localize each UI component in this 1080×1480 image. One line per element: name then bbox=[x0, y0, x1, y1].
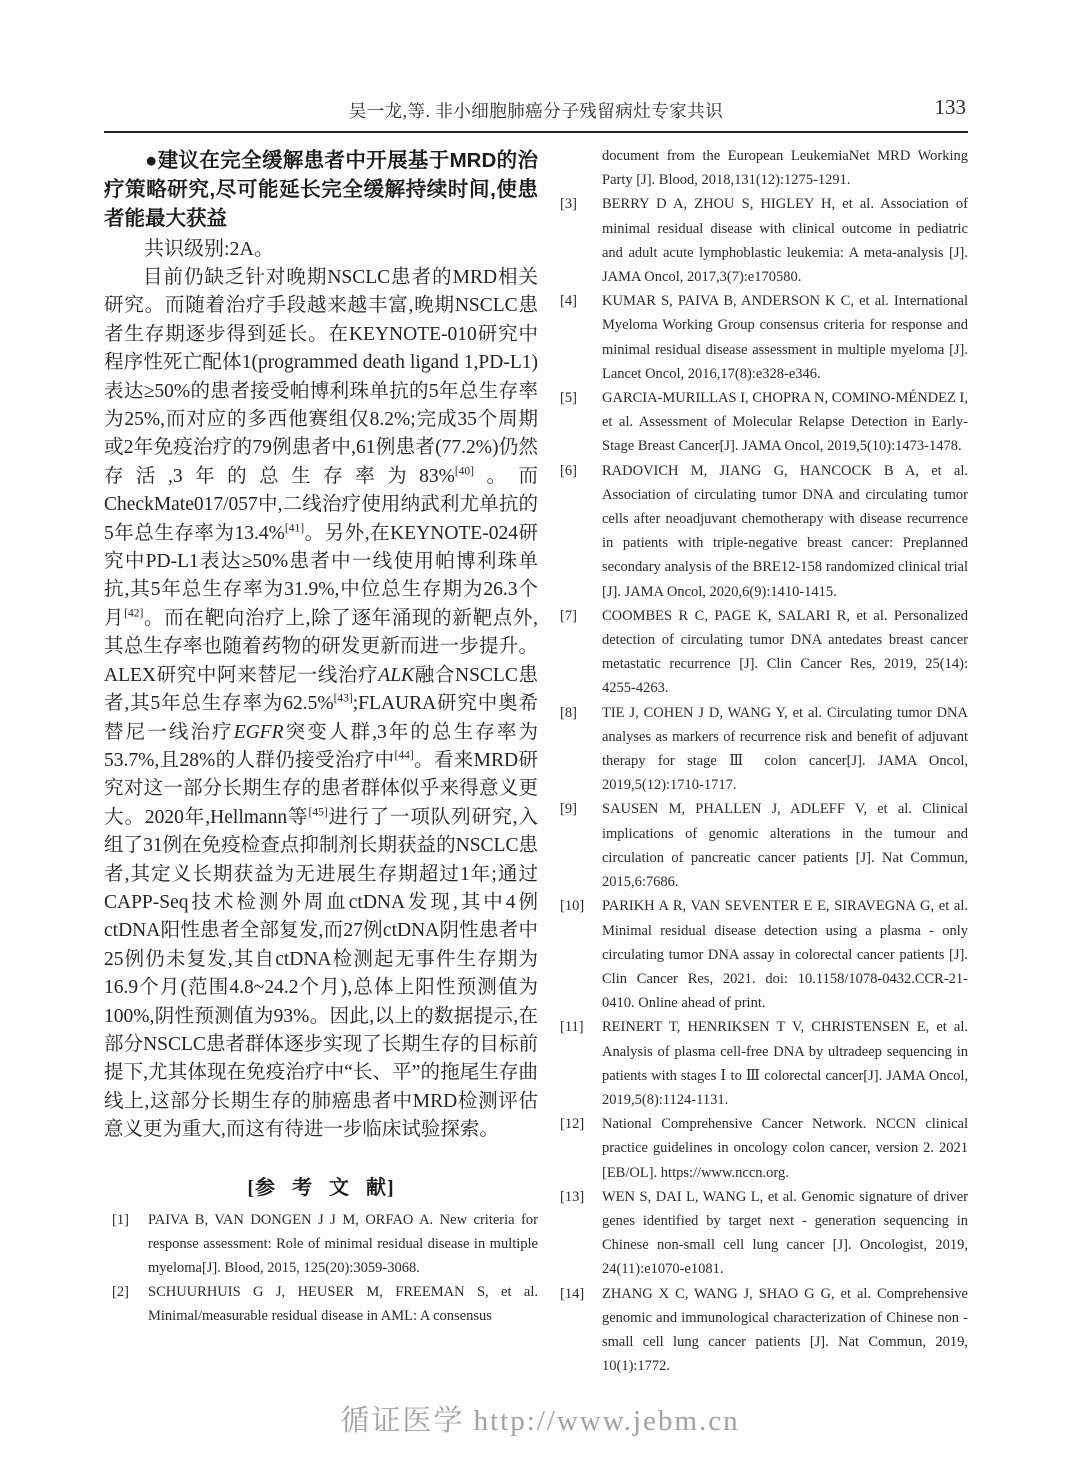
reference-number: [14] bbox=[560, 1282, 602, 1379]
reference-item: [3] BERRY D A, ZHOU S, HIGLEY H, et al. … bbox=[560, 192, 968, 289]
reference-text: ZHANG X C, WANG J, SHAO G G, et al. Comp… bbox=[602, 1282, 968, 1379]
reference-number: [12] bbox=[560, 1112, 602, 1185]
reference-number: [9] bbox=[560, 797, 602, 894]
running-title: 吴一龙,等. 非小细胞肺癌分子残留病灶专家共识 bbox=[104, 98, 968, 123]
reference-item: document from the European LeukemiaNet M… bbox=[560, 144, 968, 192]
reference-number: [4] bbox=[560, 289, 602, 386]
recommendation-text: 建议在完全缓解患者中开展基于MRD的治疗策略研究,尽可能延长完全缓解持续时间,使… bbox=[104, 149, 538, 230]
references-heading: [参 考 文 献] bbox=[104, 1171, 538, 1200]
reference-item: [2] SCHUURHUIS G J, HEUSER M, FREEMAN S,… bbox=[104, 1280, 538, 1328]
reference-number: [3] bbox=[560, 192, 602, 289]
page-header: 吴一龙,等. 非小细胞肺癌分子残留病灶专家共识 133 bbox=[104, 98, 968, 124]
reference-item: [8] TIE J, COHEN J D, WANG Y, et al. Cir… bbox=[560, 701, 968, 798]
reference-number: [6] bbox=[560, 459, 602, 604]
reference-text: TIE J, COHEN J D, WANG Y, et al. Circula… bbox=[602, 701, 968, 798]
header-rule bbox=[104, 131, 968, 133]
reference-text: PARIKH A R, VAN SEVENTER E E, SIRAVEGNA … bbox=[602, 894, 968, 1015]
bullet-icon: ● bbox=[145, 149, 158, 172]
reference-text: COOMBES R C, PAGE K, SALARI R, et al. Pe… bbox=[602, 604, 968, 701]
reference-number bbox=[560, 144, 602, 192]
consensus-level: 共识级别:2A。 bbox=[104, 235, 538, 264]
reference-item: [6] RADOVICH M, JIANG G, HANCOCK B A, et… bbox=[560, 459, 968, 604]
reference-item: [1] PAIVA B, VAN DONGEN J J M, ORFAO A. … bbox=[104, 1208, 538, 1281]
reference-item: [9] SAUSEN M, PHALLEN J, ADLEFF V, et al… bbox=[560, 797, 968, 894]
reference-number: [13] bbox=[560, 1185, 602, 1282]
left-column: ●建议在完全缓解患者中开展基于MRD的治疗策略研究,尽可能延长完全缓解持续时间,… bbox=[104, 138, 538, 1378]
reference-text: document from the European LeukemiaNet M… bbox=[602, 144, 968, 192]
reference-number: [7] bbox=[560, 604, 602, 701]
reference-item: [10] PARIKH A R, VAN SEVENTER E E, SIRAV… bbox=[560, 894, 968, 1015]
reference-list-left: [1] PAIVA B, VAN DONGEN J J M, ORFAO A. … bbox=[104, 1208, 538, 1329]
reference-item: [5] GARCIA-MURILLAS I, CHOPRA N, COMINO-… bbox=[560, 386, 968, 459]
reference-text: SCHUURHUIS G J, HEUSER M, FREEMAN S, et … bbox=[148, 1280, 538, 1328]
body-paragraph: 目前仍缺乏针对晚期NSCLC患者的MRD相关研究。而随着治疗手段越来越丰富,晚期… bbox=[104, 264, 538, 1145]
reference-text: PAIVA B, VAN DONGEN J J M, ORFAO A. New … bbox=[148, 1208, 538, 1281]
reference-text: GARCIA-MURILLAS I, CHOPRA N, COMINO-MÉND… bbox=[602, 386, 968, 459]
reference-item: [13] WEN S, DAI L, WANG L, et al. Genomi… bbox=[560, 1185, 968, 1282]
reference-text: National Comprehensive Cancer Network. N… bbox=[602, 1112, 968, 1185]
reference-number: [10] bbox=[560, 894, 602, 1015]
reference-list-right: document from the European LeukemiaNet M… bbox=[560, 144, 968, 1378]
reference-number: [5] bbox=[560, 386, 602, 459]
two-column-body: ●建议在完全缓解患者中开展基于MRD的治疗策略研究,尽可能延长完全缓解持续时间,… bbox=[104, 138, 968, 1378]
recommendation-statement: ●建议在完全缓解患者中开展基于MRD的治疗策略研究,尽可能延长完全缓解持续时间,… bbox=[104, 146, 538, 233]
reference-number: [2] bbox=[104, 1280, 148, 1328]
reference-text: KUMAR S, PAIVA B, ANDERSON K C, et al. I… bbox=[602, 289, 968, 386]
journal-page: 吴一龙,等. 非小细胞肺癌分子残留病灶专家共识 133 ●建议在完全缓解患者中开… bbox=[0, 0, 1080, 1480]
reference-number: [11] bbox=[560, 1015, 602, 1112]
reference-text: BERRY D A, ZHOU S, HIGLEY H, et al. Asso… bbox=[602, 192, 968, 289]
page-footer: 循证医学 http://www.jebm.cn bbox=[0, 1398, 1080, 1439]
page-number: 133 bbox=[935, 95, 967, 120]
reference-item: [14] ZHANG X C, WANG J, SHAO G G, et al.… bbox=[560, 1282, 968, 1379]
journal-watermark: 循证医学 http://www.jebm.cn bbox=[340, 1398, 739, 1439]
reference-text: RADOVICH M, JIANG G, HANCOCK B A, et al.… bbox=[602, 459, 968, 604]
reference-number: [8] bbox=[560, 701, 602, 798]
reference-text: REINERT T, HENRIKSEN T V, CHRISTENSEN E,… bbox=[602, 1015, 968, 1112]
reference-text: WEN S, DAI L, WANG L, et al. Genomic sig… bbox=[602, 1185, 968, 1282]
reference-item: [11] REINERT T, HENRIKSEN T V, CHRISTENS… bbox=[560, 1015, 968, 1112]
reference-item: [12] National Comprehensive Cancer Netwo… bbox=[560, 1112, 968, 1185]
reference-text: SAUSEN M, PHALLEN J, ADLEFF V, et al. Cl… bbox=[602, 797, 968, 894]
reference-number: [1] bbox=[104, 1208, 148, 1281]
right-column: document from the European LeukemiaNet M… bbox=[560, 138, 968, 1378]
reference-item: [7] COOMBES R C, PAGE K, SALARI R, et al… bbox=[560, 604, 968, 701]
reference-item: [4] KUMAR S, PAIVA B, ANDERSON K C, et a… bbox=[560, 289, 968, 386]
